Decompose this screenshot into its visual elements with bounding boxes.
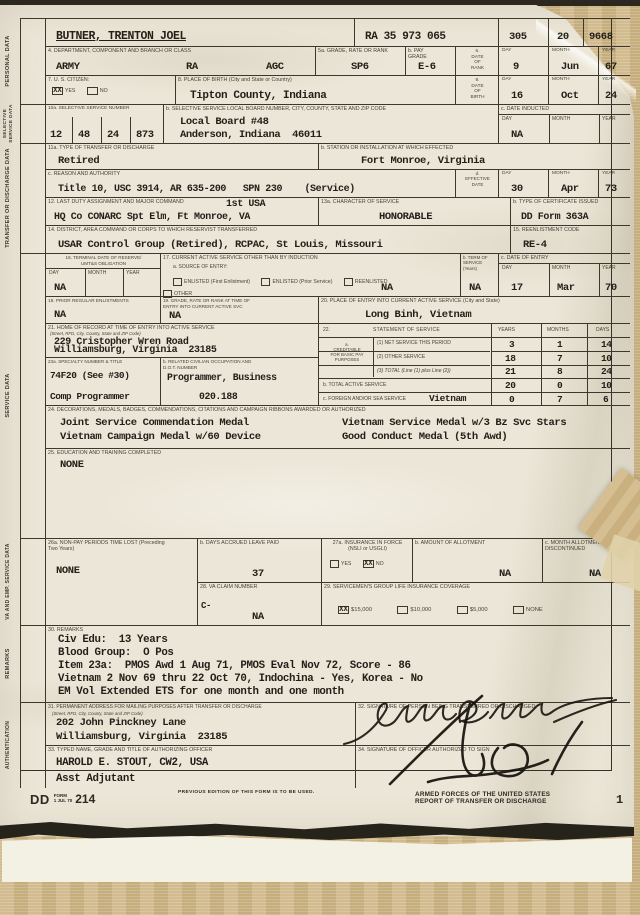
field-value: 9 (513, 61, 519, 73)
form-title-block: ARMED FORCES OF THE UNITED STATES REPORT… (415, 791, 550, 805)
field-24-decorations: 24. DECORATIONS, MEDALS, BADGES, COMMEND… (45, 405, 630, 448)
field-8-place-of-birth: 8. PLACE OF BIRTH (City and State or Cou… (175, 75, 455, 104)
field-sublabel: (Street, RFD, City, County, State and ZI… (50, 331, 141, 336)
field-value: 48 (78, 129, 90, 141)
field-value: Oct (561, 90, 579, 102)
field-label: 31. PERMANENT ADDRESS FOR MAILING PURPOS… (46, 703, 355, 710)
field-value: 16 (511, 90, 523, 102)
section-selective-service-data: SELECTIVE SERVICE DATA (20, 104, 45, 143)
form-title-line1: ARMED FORCES OF THE UNITED STATES (415, 791, 550, 798)
cell-value: 10 (601, 380, 612, 391)
field-label: STATEMENT OF SERVICE (373, 327, 440, 333)
field-value: 24 (605, 90, 617, 102)
field-value: 020.188 (199, 391, 237, 402)
field-label: 20. PLACE OF ENTRY INTO CURRENT ACTIVE S… (319, 297, 630, 304)
field-11d-effective-date-label: d. EFFECTIVE DATE (455, 169, 498, 197)
field-value: Vietnam Campaign Medal w/60 Device (60, 431, 261, 443)
field-11d-day: DAY 30 (498, 169, 548, 197)
section-label: AUTHENTICATION (0, 702, 21, 788)
field-27a-insurance-in-force: 27a. INSURANCE IN FORCE (NSLI or USGLI) … (321, 538, 412, 582)
column-header: YEAR (126, 270, 140, 276)
field-value: NA (469, 282, 481, 294)
field-9-day: DAY 16 (498, 75, 548, 104)
field-30-remarks: 30. REMARKS Civ Edu: 13 Years Blood Grou… (45, 625, 630, 702)
column-header: YEARS (498, 327, 515, 333)
field-value: HQ Co CONARC Spt Elm, Ft Monroe, VA (54, 212, 250, 223)
field-label: 18. PRIOR REGULAR ENLISTMENTS (46, 297, 160, 304)
column-header: YEAR (602, 77, 615, 82)
field-10b-local-board: b. SELECTIVE SERVICE LOCAL BOARD NUMBER,… (163, 104, 498, 143)
field-value: 73 (605, 183, 617, 195)
field-sublabel: a. CREDITABLE FOR BASIC PAY PURPOSES (321, 342, 373, 362)
field-value: 305 (509, 31, 527, 43)
field-number: 22. (323, 327, 330, 333)
field-value: 9668 (589, 31, 613, 43)
section-label: REMARKS (0, 625, 21, 702)
cell-value: 14 (601, 339, 612, 350)
field-value: NONE (56, 565, 80, 577)
checkbox-icon-no (87, 87, 98, 95)
field-value: 20 (557, 31, 569, 43)
section-label: TRANSFER OR DISCHARGE DATA (0, 143, 21, 253)
field-sublabel: a. SOURCE OF ENTRY: (173, 264, 228, 270)
checkbox-icon-10000 (397, 606, 408, 614)
cell-value: 0 (557, 380, 562, 391)
field-value: NONE (60, 459, 84, 471)
field-label: 12. LAST DUTY ASSIGNMENT AND MAJOR COMMA… (46, 198, 318, 205)
checkbox-icon-yes (330, 560, 339, 568)
field-value: AGC (266, 61, 284, 73)
section-personal-data: PERSONAL DATA (20, 18, 45, 104)
field-value: Good Conduct Medal (5th Awd) (342, 431, 507, 443)
cell-value: 10 (601, 353, 612, 364)
checkbox-icon-5000 (457, 606, 468, 614)
field-value: 70 (605, 282, 617, 294)
field-26a-non-pay-periods: 26a. NON-PAY PERIODS TIME LOST (Precedin… (45, 538, 197, 625)
field-label: 13a. CHARACTER OF SERVICE (319, 198, 510, 205)
checkbox-icon-no: XX (363, 560, 374, 568)
form-title-line2: REPORT OF TRANSFER OR DISCHARGE (415, 798, 550, 805)
field-value: Vietnam (429, 393, 466, 404)
field-label: b. PAY GRADE (406, 47, 455, 61)
checkbox-label: $10,000 (410, 607, 431, 613)
field-value: RA 35 973 065 (365, 31, 446, 43)
field-label: 16. TERMINAL DATE OF RESERVE/ UMT&S OBLI… (46, 254, 160, 266)
row-label: b. TOTAL ACTIVE SERVICE (323, 382, 386, 388)
field-value: Apr (561, 183, 579, 195)
backing-white-sheet (2, 836, 632, 882)
field-9-month: MONTH Oct (548, 75, 598, 104)
field-value: 24 (107, 129, 119, 141)
field-9-date-of-birth-label: 9. DATE OF BIRTH (455, 75, 498, 104)
section-transfer-or-discharge-data: TRANSFER OR DISCHARGE DATA (20, 143, 45, 253)
field-10a-selective-service-number: 10a. SELECTIVE SERVICE NUMBER 12 48 24 8… (45, 104, 163, 143)
form-id-dd: DD (30, 792, 50, 807)
field-label: 19. GRADE, RATE OR RANK AT TIME OF ENTRY… (161, 297, 318, 309)
field-value: Title 10, USC 3914, AR 635-200 SPN 230 (… (58, 184, 355, 195)
field-value: NA (54, 309, 66, 321)
field-value: Programmer, Business (167, 372, 277, 383)
checkbox-label: NONE (526, 607, 543, 613)
field-label: 26a. NON-PAY PERIODS TIME LOST (Precedin… (46, 539, 197, 553)
section-label: VA AND EMP. SERVICE DATA (0, 538, 21, 625)
section-service-data: SERVICE DATA (20, 253, 45, 538)
form-edition-date: 1 JUL 70 (54, 798, 72, 803)
field-value: ARMY (56, 61, 80, 73)
field-value: NA (169, 310, 181, 322)
field-label: 24. DECORATIONS, MEDALS, BADGES, COMMEND… (46, 406, 630, 413)
column-header: DAY (502, 77, 512, 82)
column-header: MONTH (552, 48, 570, 53)
field-value: Fort Monroe, Virginia (361, 155, 485, 167)
remarks-line: Vietnam 2 Nov 69 thru 22 Oct 70, Indochi… (58, 673, 423, 685)
field-5b-pay-grade: b. PAY GRADE E-6 (405, 46, 455, 75)
section-authentication: AUTHENTICATION (20, 702, 45, 788)
field-27b-amount-of-allotment: b. AMOUNT OF ALLOTMENT NA (412, 538, 542, 582)
field-6-month: MONTH Jun (548, 46, 598, 75)
field-service-number: RA 35 973 065 (354, 18, 498, 46)
field-label: c. REASON AND AUTHORITY (46, 170, 455, 177)
field-9-year: YEAR 24 (598, 75, 630, 104)
field-label: 30. REMARKS (46, 626, 630, 633)
field-value: RE-4 (523, 239, 547, 251)
column-header: MONTH (552, 171, 570, 176)
field-value: E-6 (418, 61, 436, 73)
field-label: 11a. TYPE OF TRANSFER OR DISCHARGE (46, 144, 318, 151)
field-21-home-of-record: 21. HOME OF RECORD AT TIME OF ENTRY INTO… (45, 323, 318, 357)
remarks-line: Civ Edu: 13 Years (58, 634, 167, 646)
field-value: 17 (511, 282, 523, 294)
dd214-form: PERSONAL DATA SELECTIVE SERVICE DATA TRA… (20, 18, 612, 771)
cell-value: 18 (505, 353, 516, 364)
field-15-reenlistment-code: 15. REENLISTMENT CODE RE-4 (510, 225, 630, 253)
column-header: YEAR (602, 116, 616, 122)
field-value: 30 (511, 183, 523, 195)
field-label: b. RELATED CIVILIAN OCCUPATION AND D.O.T… (161, 358, 318, 370)
field-19-grade-at-entry: 19. GRADE, RATE OR RANK AT TIME OF ENTRY… (160, 296, 318, 323)
cell-value: 7 (557, 353, 562, 364)
checkbox-icon-yes: XX (52, 87, 63, 95)
field-label: 14. DISTRICT, AREA COMMAND OR CORPS TO W… (46, 226, 510, 233)
field-25-education: 25. EDUCATION AND TRAINING COMPLETED NON… (45, 448, 630, 538)
column-header: YEAR (602, 48, 615, 53)
field-value: 12 (50, 129, 62, 141)
cell-value: 21 (505, 366, 516, 377)
checkbox-icon-reenlisted (344, 278, 353, 286)
field-value: NA (511, 129, 523, 141)
field-label: b. AMOUNT OF ALLOTMENT (413, 539, 542, 546)
field-label: 9. DATE OF BIRTH (456, 76, 498, 100)
checkbox-icon-enlisted-prior (261, 278, 270, 286)
field-label: 34. SIGNATURE OF OFFICER AUTHORIZED TO S… (356, 746, 630, 753)
field-12-last-duty: 12. LAST DUTY ASSIGNMENT AND MAJOR COMMA… (45, 197, 318, 225)
field-value: 37 (252, 568, 264, 580)
field-value: Asst Adjutant (56, 773, 135, 785)
field-16-terminal-date: 16. TERMINAL DATE OF RESERVE/ UMT&S OBLI… (45, 253, 160, 296)
field-value: 74F20 (See #30) (50, 370, 130, 381)
field-label: 6. DATE OF RANK (456, 47, 498, 71)
field-value: HONORABLE (379, 211, 432, 223)
field-label: 33. TYPED NAME, GRADE AND TITLE OF AUTHO… (46, 746, 355, 753)
checkbox-label: NO (376, 561, 384, 567)
field-value: Vietnam Service Medal w/3 Bz Svc Stars (342, 417, 566, 429)
field-value: Williamsburg, Virginia 23185 (54, 345, 216, 356)
row-label: (1) NET SERVICE THIS PERIOD (377, 340, 451, 346)
remarks-line: EM Vol Extended ETS for one month and on… (58, 686, 344, 698)
cell-value: 1 (557, 339, 562, 350)
field-label: b. SELECTIVE SERVICE LOCAL BOARD NUMBER,… (164, 105, 498, 112)
field-name: BUTNER, TRENTON JOEL (45, 18, 354, 46)
checkbox-icon-none (513, 606, 524, 614)
field-33-typed-name-of-officer: 33. TYPED NAME, GRADE AND TITLE OF AUTHO… (45, 745, 355, 788)
field-label: 28. VA CLAIM NUMBER (198, 583, 321, 590)
field-value: NA (381, 282, 393, 294)
field-26b-days-accrued-leave: b. DAYS ACCRUED LEAVE PAID 37 (197, 538, 321, 582)
row-label: (3) TOTAL (Line (1) plus Line (2)) (377, 368, 451, 374)
field-value: NA (589, 568, 601, 580)
field-20-place-of-entry: 20. PLACE OF ENTRY INTO CURRENT ACTIVE S… (318, 296, 630, 323)
section-label: PERSONAL DATA (0, 18, 21, 104)
cell-value: 20 (505, 380, 516, 391)
field-11b-station: b. STATION OR INSTALLATION AT WHICH EFFE… (318, 143, 630, 169)
cell-value: 7 (557, 394, 562, 405)
column-header: MONTH (552, 116, 570, 122)
field-label: 15. REENLISTMENT CODE (511, 226, 630, 233)
column-header: MONTH (88, 270, 106, 276)
field-value: Anderson, Indiana 46011 (180, 129, 322, 141)
field-17-current-active-service: 17. CURRENT ACTIVE SERVICE OTHER THAN BY… (160, 253, 460, 296)
field-label: d. EFFECTIVE DATE (456, 170, 498, 187)
form-number: 214 (75, 792, 95, 806)
field-sublabel: (Street, RFD, City, County, State and ZI… (52, 711, 143, 716)
field-label: 5a. GRADE, RATE OR RANK (316, 47, 405, 54)
field-value: Mar (557, 282, 575, 294)
field-value: USAR Control Group (Retired), RCPAC, St … (58, 239, 383, 251)
field-ssn-3: 9668 (583, 18, 630, 46)
remarks-line: Item 23a: PMOS Awd 1 Aug 71, PMOS Eval N… (58, 660, 411, 672)
field-6-day: DAY 9 (498, 46, 548, 75)
checkbox-label: $5,000 (470, 607, 488, 613)
field-label: 29. SERVICEMEN'S GROUP LIFE INSURANCE CO… (322, 583, 630, 590)
column-header: DAYS (596, 327, 609, 333)
field-ssn-2: 20 (548, 18, 583, 46)
field-value: 202 John Pinckney Lane (56, 717, 186, 729)
field-label: b. TERM OF SERVICE (Years) (461, 254, 498, 271)
field-value: Williamsburg, Virginia 23185 (56, 731, 227, 743)
field-value: 873 (136, 129, 154, 141)
field-value: Comp Programmer (50, 391, 130, 402)
checkbox-label: YES (341, 561, 351, 567)
field-value: Retired (58, 155, 99, 167)
field-6-date-of-rank-label: 6. DATE OF RANK (455, 46, 498, 75)
field-value: BUTNER, TRENTON JOEL (56, 30, 186, 43)
column-header: MONTH (552, 265, 570, 271)
section-remarks: REMARKS (20, 625, 45, 702)
field-prefix: C- (201, 601, 211, 611)
field-29-sgli-coverage: 29. SERVICEMEN'S GROUP LIFE INSURANCE CO… (321, 582, 630, 625)
field-7-us-citizen: 7. U. S. CITIZEN: XXYES NO (45, 75, 175, 104)
field-23a-specialty-number: 23a. SPECIALTY NUMBER & TITLE 74F20 (See… (45, 357, 160, 405)
field-value: Tipton County, Indiana (190, 90, 326, 102)
field-22-statement-of-service: 22. STATEMENT OF SERVICE YEARS MONTHS DA… (318, 323, 630, 405)
checkbox-label: YES (65, 88, 75, 94)
field-32-signature-of-person: 32. SIGNATURE OF PERSON BEING TRANSFERRE… (355, 702, 630, 745)
form-number-block: DD FORM 1 JUL 70 214 (30, 792, 95, 807)
section-label: SELECTIVE SERVICE DATA (0, 104, 21, 143)
field-11d-year: YEAR 73 (598, 169, 630, 197)
field-label: c. DATE INDUCTED (499, 105, 630, 112)
column-header: DAY (502, 48, 512, 53)
column-header: YEAR (602, 171, 615, 176)
field-13a-character-of-service: 13a. CHARACTER OF SERVICE HONORABLE (318, 197, 510, 225)
checkbox-icon-15000: XX (338, 606, 349, 614)
field-value: 67 (605, 61, 617, 73)
field-value: DD Form 363A (521, 212, 588, 223)
cell-value: 24 (601, 366, 612, 377)
column-header: MONTH (552, 77, 570, 82)
field-label: b. DAYS ACCRUED LEAVE PAID (198, 539, 321, 546)
column-header: DAY (502, 265, 512, 271)
field-6-year: YEAR 67 (598, 46, 630, 75)
field-label: 25. EDUCATION AND TRAINING COMPLETED (46, 449, 630, 456)
remarks-line: Blood Group: O Pos (58, 647, 174, 659)
previous-edition-note: PREVIOUS EDITION OF THIS FORM IS TO BE U… (178, 790, 315, 795)
field-17c-date-of-entry: c. DATE OF ENTRY DAY MONTH YEAR 17 Mar 7… (498, 253, 630, 296)
field-label: b. TYPE OF CERTIFICATE ISSUED (511, 198, 630, 205)
field-4-department: 4. DEPARTMENT, COMPONENT AND BRANCH OR C… (45, 46, 315, 75)
section-va-and-emp-service-data: VA AND EMP. SERVICE DATA (20, 538, 45, 625)
section-label: SERVICE DATA (0, 253, 21, 538)
field-18-prior-enlistments: 18. PRIOR REGULAR ENLISTMENTS NA (45, 296, 160, 323)
column-header: YEAR (602, 265, 616, 271)
field-31-permanent-address: 31. PERMANENT ADDRESS FOR MAILING PURPOS… (45, 702, 355, 745)
row-label: (2) OTHER SERVICE (377, 354, 425, 360)
cell-value: 0 (509, 394, 514, 405)
column-header: DAY (502, 116, 512, 122)
column-header: DAY (502, 171, 512, 176)
field-23b-civilian-occupation: b. RELATED CIVILIAN OCCUPATION AND D.O.T… (160, 357, 318, 405)
field-value: Joint Service Commendation Medal (60, 417, 249, 429)
field-label: c. DATE OF ENTRY (499, 254, 630, 261)
field-ssn-1: 305 (498, 18, 548, 46)
checkbox-label: NO (100, 88, 108, 94)
field-17b-term-of-service: b. TERM OF SERVICE (Years) NA (460, 253, 498, 296)
page-number: 1 (616, 793, 623, 807)
field-label: 8. PLACE OF BIRTH (City and State or Cou… (176, 76, 455, 83)
column-header: MONTHS (547, 327, 569, 333)
field-11d-month: MONTH Apr (548, 169, 598, 197)
field-value: 1st USA (226, 199, 265, 210)
field-value: Long Binh, Vietnam (365, 309, 471, 321)
field-34-signature-of-officer: 34. SIGNATURE OF OFFICER AUTHORIZED TO S… (355, 745, 630, 788)
field-28-va-claim-number: 28. VA CLAIM NUMBER C- NA (197, 582, 321, 625)
field-5a-grade: 5a. GRADE, RATE OR RANK SP6 (315, 46, 405, 75)
field-label: 10a. SELECTIVE SERVICE NUMBER (46, 105, 163, 112)
field-11a-type-of-transfer: 11a. TYPE OF TRANSFER OR DISCHARGE Retir… (45, 143, 318, 169)
checkbox-label: ENLISTED (First Enlistment) (184, 279, 250, 285)
field-label: 27a. INSURANCE IN FORCE (NSLI or USGLI) (322, 539, 412, 553)
field-value: Jun (561, 61, 579, 73)
field-label: 32. SIGNATURE OF PERSON BEING TRANSFERRE… (356, 703, 630, 710)
field-value: RA (186, 61, 198, 73)
column-header: DAY (49, 270, 59, 276)
field-value: Local Board #48 (180, 116, 269, 128)
field-value: HAROLD E. STOUT, CW2, USA (56, 757, 208, 769)
cell-value: 6 (603, 394, 608, 405)
cell-value: 8 (557, 366, 562, 377)
field-11c-reason-authority: c. REASON AND AUTHORITY Title 10, USC 39… (45, 169, 455, 197)
field-10c-date-inducted: c. DATE INDUCTED DAY MONTH YEAR NA (498, 104, 630, 143)
row-label: c. FOREIGN AND/OR SEA SERVICE (323, 396, 406, 402)
field-label: 17. CURRENT ACTIVE SERVICE OTHER THAN BY… (161, 254, 460, 261)
field-value: NA (499, 568, 511, 580)
field-value: NA (252, 611, 264, 623)
field-label: b. STATION OR INSTALLATION AT WHICH EFFE… (319, 144, 630, 151)
field-14-district-command: 14. DISTRICT, AREA COMMAND OR CORPS TO W… (45, 225, 510, 253)
cell-value: 3 (509, 339, 514, 350)
field-value: SP6 (351, 61, 369, 73)
checkbox-label: $15,000 (351, 607, 372, 613)
scanned-document-scene: PERSONAL DATA SELECTIVE SERVICE DATA TRA… (0, 0, 640, 915)
field-label: 4. DEPARTMENT, COMPONENT AND BRANCH OR C… (46, 47, 315, 54)
field-label: 23a. SPECIALTY NUMBER & TITLE (46, 358, 160, 365)
checkbox-label: ENLISTED (Prior Service) (272, 279, 332, 285)
field-value: NA (54, 282, 66, 294)
field-13b-type-of-certificate: b. TYPE OF CERTIFICATE ISSUED DD Form 36… (510, 197, 630, 225)
